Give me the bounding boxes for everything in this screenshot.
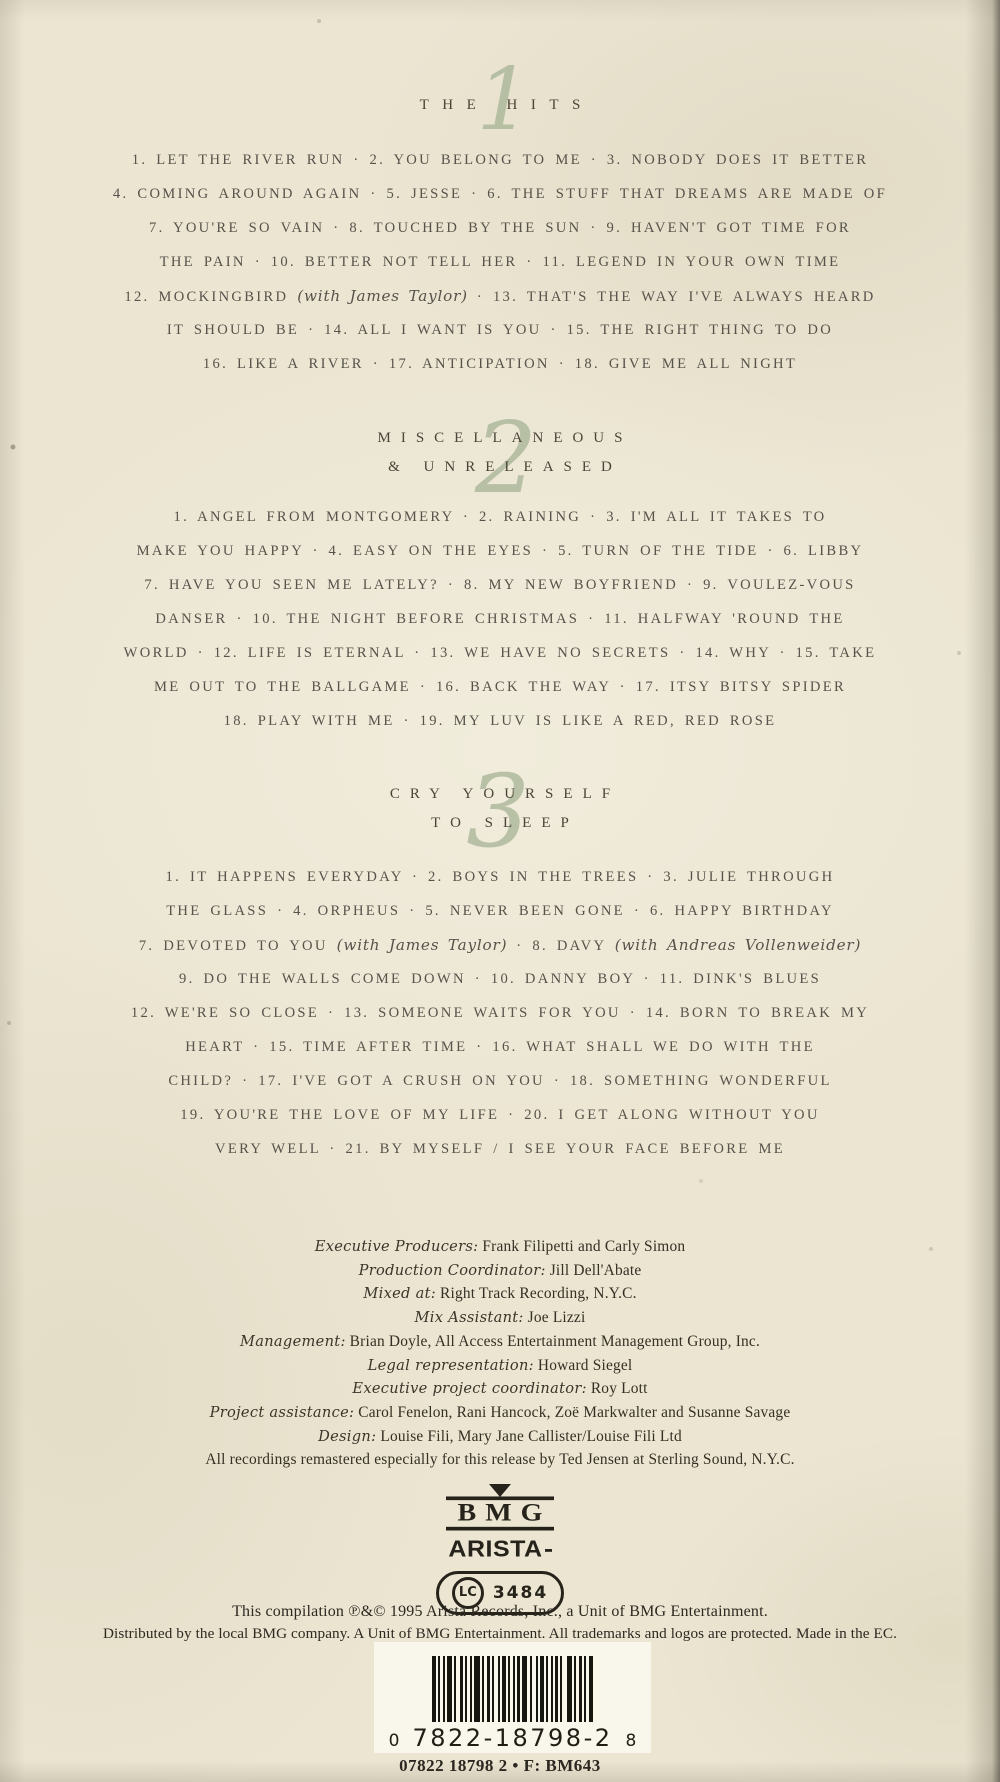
section-title-line: & UNRELEASED [0,453,1000,482]
barcode-bar [502,1656,506,1722]
with-artist-note: (with Andreas Vollenweider) [615,936,861,954]
disc-3-tracklist: 1. IT HAPPENS EVERYDAY · 2. BOYS IN THE … [0,860,1000,1166]
section-title-line: MISCELLANEOUS [0,424,1000,453]
credit-label: Legal representation: [368,1357,534,1374]
track-list-line: HEART · 15. TIME AFTER TIME · 16. WHAT S… [0,1030,1000,1064]
disc-3-section: 3 CRY YOURSELFTO SLEEP 1. IT HAPPENS EVE… [0,780,1000,1166]
disc-2-title: MISCELLANEOUS& UNRELEASED [0,424,1000,482]
credit-line: Mix Assistant: Joe Lizzi [0,1306,1000,1330]
bmg-wordmark: BMG [446,1496,555,1530]
disc-1-section: 1 THE HITS 1. LET THE RIVER RUN · 2. YOU… [0,95,1000,381]
track-list-line: 18. PLAY WITH ME · 19. MY LUV IS LIKE A … [0,704,1000,738]
copyright-line: This compilation ℗&© 1995 Arista Records… [0,1601,1000,1623]
section-title-line: TO SLEEP [0,809,1000,838]
with-artist-note: (with James Taylor) [297,287,468,305]
trademark-mark-icon [545,1549,552,1551]
barcode-label: 0 7822-18798-2 8 [374,1642,651,1753]
with-artist-note: (with James Taylor) [337,936,508,954]
barcode-bar [470,1656,472,1722]
barcode-bar [584,1656,586,1722]
track-list-line: 1. ANGEL FROM MONTGOMERY · 2. RAINING · … [0,500,1000,534]
barcode-bar [567,1656,572,1722]
credit-label: Design: [318,1428,376,1445]
track-list-line: DANSER · 10. THE NIGHT BEFORE CHRISTMAS … [0,602,1000,636]
barcode-bar [465,1656,467,1722]
credit-value: Right Track Recording, N.Y.C. [440,1285,637,1302]
barcode-digit-left: 0 [389,1731,400,1751]
track-list-line: 7. DEVOTED TO YOU (with James Taylor) · … [0,928,1000,962]
barcode-digits: 0 7822-18798-2 8 [389,1724,637,1752]
barcode-digit-right: 8 [626,1731,637,1751]
track-list-line: THE GLASS · 4. ORPHEUS · 5. NEVER BEEN G… [0,894,1000,928]
track-list-line: 12. MOCKINGBIRD (with James Taylor) · 13… [0,279,1000,313]
track-list-line: IT SHOULD BE · 14. ALL I WANT IS YOU · 1… [0,313,1000,347]
credit-value: Howard Siegel [538,1357,633,1374]
track-list-line: 1. LET THE RIVER RUN · 2. YOU BELONG TO … [0,143,1000,177]
section-title-line: CRY YOURSELF [0,780,1000,809]
track-list-line: 1. IT HAPPENS EVERYDAY · 2. BOYS IN THE … [0,860,1000,894]
barcode-bar [560,1656,562,1722]
track-list-line: VERY WELL · 21. BY MYSELF / I SEE YOUR F… [0,1132,1000,1166]
credit-line: Management: Brian Doyle, All Access Ente… [0,1330,1000,1354]
credit-line: Executive project coordinator: Roy Lott [0,1377,1000,1401]
credit-line: Production Coordinator: Jill Dell'Abate [0,1259,1000,1283]
credits-block: Executive Producers: Frank Filipetti and… [0,1235,1000,1472]
barcode-bar [551,1656,553,1722]
credit-line: Mixed at: Right Track Recording, N.Y.C. [0,1282,1000,1306]
credit-line: Project assistance: Carol Fenelon, Rani … [0,1401,1000,1425]
barcode-bar [438,1656,440,1722]
credit-label: Mixed at: [363,1285,436,1302]
credit-label: Production Coordinator: [359,1262,546,1279]
legal-text: This compilation ℗&© 1995 Arista Records… [0,1601,1000,1645]
barcode-bar [474,1656,480,1722]
track-list-line: THE PAIN · 10. BETTER NOT TELL HER · 11.… [0,245,1000,279]
barcode-bar [492,1656,494,1722]
credit-line: Legal representation: Howard Siegel [0,1354,1000,1378]
disc-2-tracklist: 1. ANGEL FROM MONTGOMERY · 2. RAINING · … [0,500,1000,738]
barcode-bar [574,1656,576,1722]
barcode-bars [432,1656,593,1722]
track-list-line: 16. LIKE A RIVER · 17. ANTICIPATION · 18… [0,347,1000,381]
track-list-line: CHILD? · 17. I'VE GOT A CRUSH ON YOU · 1… [0,1064,1000,1098]
credit-label: Executive Producers: [315,1238,479,1255]
track-list-line: MAKE YOU HAPPY · 4. EASY ON THE EYES · 5… [0,534,1000,568]
disc-3-title: CRY YOURSELFTO SLEEP [0,780,1000,838]
track-list-line: 4. COMING AROUND AGAIN · 5. JESSE · 6. T… [0,177,1000,211]
track-list-line: 7. HAVE YOU SEEN ME LATELY? · 8. MY NEW … [0,568,1000,602]
credit-label: Mix Assistant: [415,1309,524,1326]
barcode-bar [555,1656,558,1722]
track-list-line: ME OUT TO THE BALLGAME · 16. BACK THE WA… [0,670,1000,704]
track-list-line: WORLD · 12. LIFE IS ETERNAL · 13. WE HAV… [0,636,1000,670]
credit-line: Executive Producers: Frank Filipetti and… [0,1235,1000,1259]
barcode-bar [513,1656,515,1722]
barcode-bar [522,1656,527,1722]
credit-value: Frank Filipetti and Carly Simon [482,1238,685,1255]
barcode-bar [540,1656,544,1722]
credit-remaster-line: All recordings remastered especially for… [0,1448,1000,1472]
barcode-bar [454,1656,456,1722]
barcode-bar [536,1656,538,1722]
barcode-bar [432,1656,436,1722]
catalog-number: 07822 18798 2 • F: BM643 [0,1756,1000,1776]
credit-value: Carol Fenelon, Rani Hancock, Zoë Markwal… [358,1404,790,1421]
credit-line: Design: Louise Fili, Mary Jane Callister… [0,1425,1000,1449]
lc-number: 3484 [493,1583,548,1603]
arista-wordmark: ARISTA [448,1536,542,1562]
disc-1-title: THE HITS [0,95,1000,115]
credit-label: Project assistance: [210,1404,355,1421]
disc-1-tracklist: 1. LET THE RIVER RUN · 2. YOU BELONG TO … [0,143,1000,381]
barcode-bar [508,1656,510,1722]
barcode-bar [498,1656,500,1722]
credit-label: Executive project coordinator: [352,1380,586,1397]
credit-value: Brian Doyle, All Access Entertainment Ma… [350,1333,760,1350]
barcode-bar [443,1656,445,1722]
barcode-bar [546,1656,548,1722]
barcode-digits-main: 7822-18798-2 [412,1724,612,1752]
credit-label: Management: [240,1333,346,1350]
section-title-line: THE HITS [0,95,1000,115]
barcode-bar [517,1656,520,1722]
disc-2-section: 2 MISCELLANEOUS& UNRELEASED 1. ANGEL FRO… [0,424,1000,738]
credit-value: Louise Fili, Mary Jane Callister/Louise … [380,1428,682,1445]
credit-value: Jill Dell'Abate [550,1262,642,1279]
credit-remaster-text: All recordings remastered especially for… [205,1451,794,1468]
arista-logo: ARISTA [0,1538,1000,1561]
credit-value: Roy Lott [591,1380,648,1397]
barcode-bar [487,1656,490,1722]
credit-value: Joe Lizzi [528,1309,586,1326]
track-list-line: 7. YOU'RE SO VAIN · 8. TOUCHED BY THE SU… [0,211,1000,245]
barcode-bar [589,1656,593,1722]
track-list-line: 19. YOU'RE THE LOVE OF MY LIFE · 20. I G… [0,1098,1000,1132]
bmg-triangle-icon [489,1484,511,1497]
label-logos: BMG ARISTA LC 3484 [0,1484,1000,1615]
album-back-cover: 1 THE HITS 1. LET THE RIVER RUN · 2. YOU… [0,0,1000,1782]
track-list-line: 12. WE'RE SO CLOSE · 13. SOMEONE WAITS F… [0,996,1000,1030]
barcode-bar [460,1656,463,1722]
track-list-line: 9. DO THE WALLS COME DOWN · 10. DANNY BO… [0,962,1000,996]
paper-specks [0,0,2,2]
barcode-bar [482,1656,484,1722]
barcode-bar [530,1656,532,1722]
barcode-bar [447,1656,452,1722]
barcode-bar [579,1656,582,1722]
bmg-logo: BMG [446,1484,555,1532]
